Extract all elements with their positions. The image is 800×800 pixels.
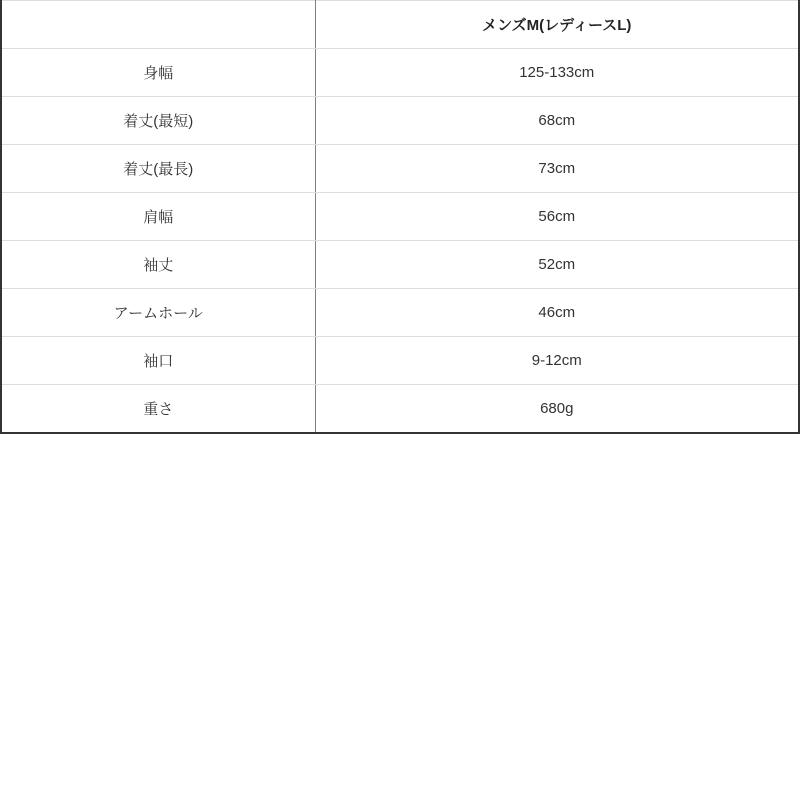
size-row-label: 重さ bbox=[1, 385, 315, 433]
size-row-value: 73cm bbox=[315, 145, 799, 193]
size-table-header-row: メンズM(レディースL) bbox=[1, 1, 799, 49]
header-empty-cell bbox=[1, 1, 315, 49]
table-row: 袖丈 52cm bbox=[1, 241, 799, 289]
header-size-column: メンズM(レディースL) bbox=[315, 1, 799, 49]
table-row: 身幅 125-133cm bbox=[1, 49, 799, 97]
size-row-label: 袖口 bbox=[1, 337, 315, 385]
size-row-value: 46cm bbox=[315, 289, 799, 337]
size-row-label: 着丈(最短) bbox=[1, 97, 315, 145]
size-spec-table: メンズM(レディースL) 身幅 125-133cm 着丈(最短) 68cm 着丈… bbox=[0, 0, 800, 434]
table-row: 重さ 680g bbox=[1, 385, 799, 433]
table-row: 袖口 9-12cm bbox=[1, 337, 799, 385]
table-row: 着丈(最長) 73cm bbox=[1, 145, 799, 193]
table-row: アームホール 46cm bbox=[1, 289, 799, 337]
size-row-label: アームホール bbox=[1, 289, 315, 337]
size-row-value: 125-133cm bbox=[315, 49, 799, 97]
size-row-value: 9-12cm bbox=[315, 337, 799, 385]
size-row-label: 身幅 bbox=[1, 49, 315, 97]
table-row: 肩幅 56cm bbox=[1, 193, 799, 241]
size-row-label: 着丈(最長) bbox=[1, 145, 315, 193]
size-row-label: 肩幅 bbox=[1, 193, 315, 241]
size-row-value: 52cm bbox=[315, 241, 799, 289]
size-row-value: 68cm bbox=[315, 97, 799, 145]
size-row-value: 680g bbox=[315, 385, 799, 433]
size-row-value: 56cm bbox=[315, 193, 799, 241]
table-row: 着丈(最短) 68cm bbox=[1, 97, 799, 145]
size-row-label: 袖丈 bbox=[1, 241, 315, 289]
